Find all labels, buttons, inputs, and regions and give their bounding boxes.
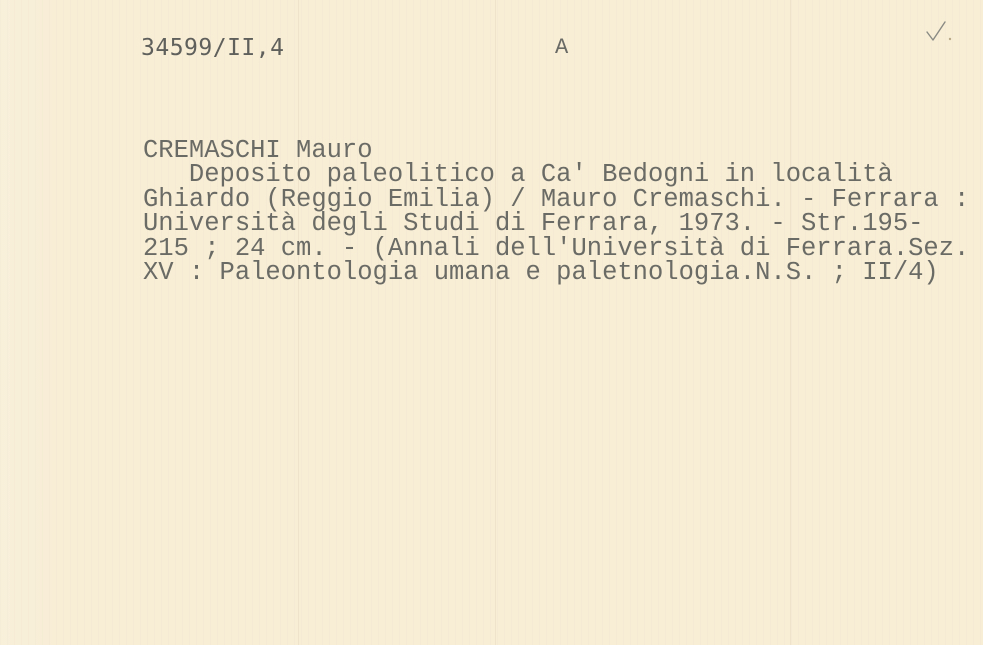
paper-fold-line <box>298 0 299 645</box>
call-number: 34599/II,4 <box>141 36 284 60</box>
description-line: XV : Paleontologia umana e paletnologia.… <box>143 261 969 285</box>
checkmark-icon <box>924 18 954 44</box>
catalog-card: 34599/II,4 A CREMASCHI Mauro Deposito pa… <box>0 0 983 645</box>
paper-fold-line <box>790 0 791 645</box>
description-line: Università degli Studi di Ferrara, 1973.… <box>143 212 969 236</box>
paper-fold-line <box>495 0 496 645</box>
bibliographic-record: CREMASCHI Mauro Deposito paleolitico a C… <box>143 139 969 285</box>
classification-letter: A <box>555 36 568 60</box>
